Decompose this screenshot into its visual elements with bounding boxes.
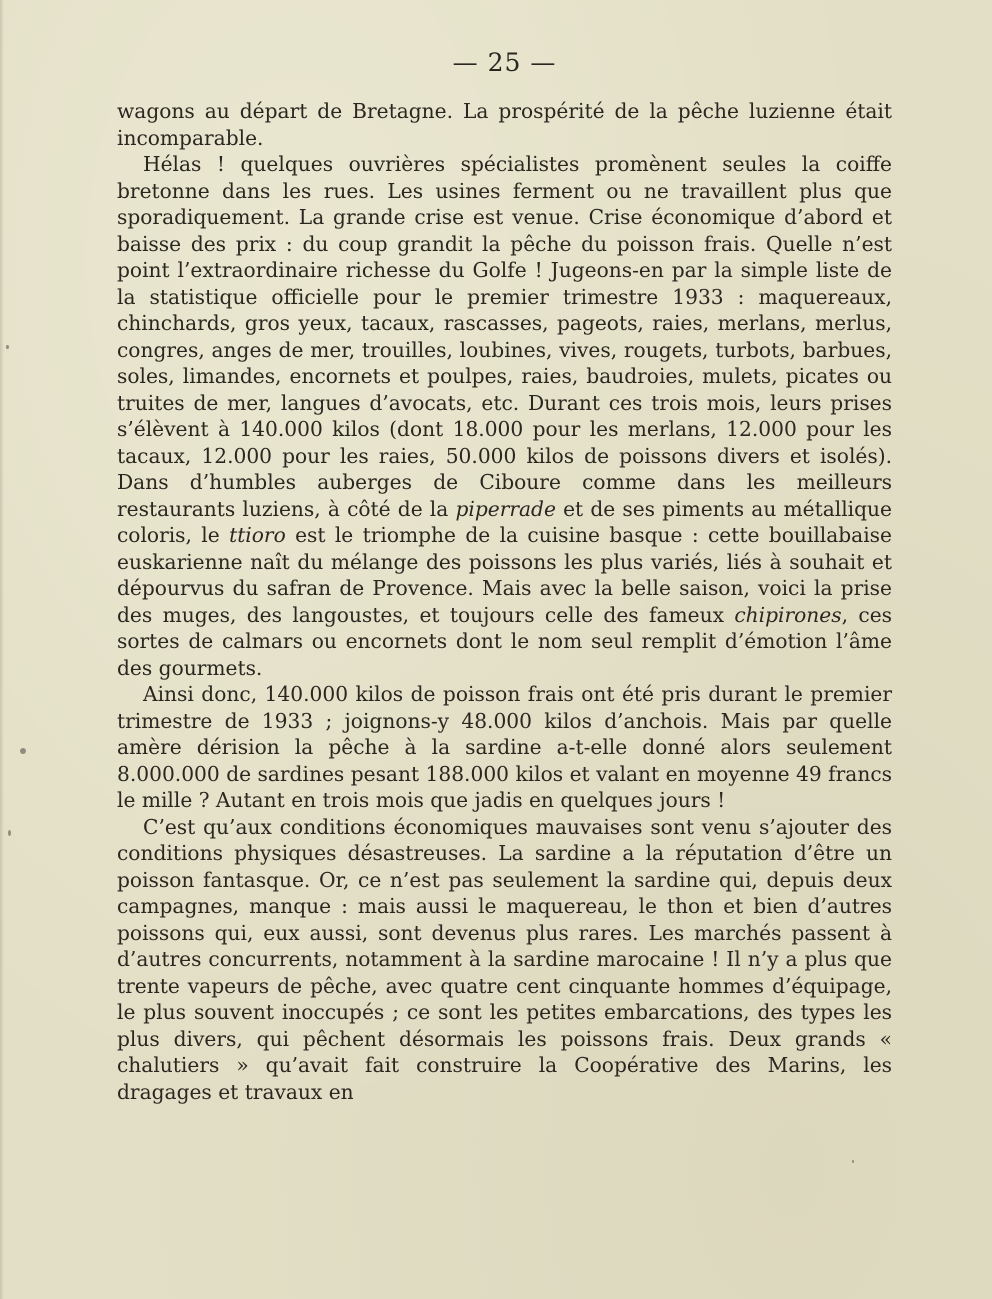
- italic-term: piperrade: [455, 497, 555, 521]
- text-run: Hélas ! quelques ouvrières spécialistes …: [117, 152, 892, 521]
- margin-speck: [8, 830, 11, 836]
- body-text: wagons au départ de Bretagne. La prospér…: [117, 98, 892, 1105]
- italic-term: chipirones: [734, 603, 841, 627]
- text-run: C’est qu’aux conditions économiques mauv…: [117, 815, 892, 1104]
- margin-speck: [6, 345, 9, 349]
- margin-speck: [20, 748, 26, 754]
- italic-term: ttioro: [229, 523, 286, 547]
- paragraph-2: Hélas ! quelques ouvrières spécialistes …: [117, 151, 892, 681]
- paragraph-4: C’est qu’aux conditions économiques mauv…: [117, 814, 892, 1106]
- text-run: wagons au départ de Bretagne. La prospér…: [117, 99, 892, 150]
- paragraph-1: wagons au départ de Bretagne. La prospér…: [117, 98, 892, 151]
- book-page: — 25 — wagons au départ de Bretagne. La …: [117, 48, 892, 1105]
- margin-speck: [852, 1160, 854, 1163]
- text-run: Ainsi donc, 140.000 kilos de poisson fra…: [117, 682, 892, 812]
- paragraph-3: Ainsi donc, 140.000 kilos de poisson fra…: [117, 681, 892, 814]
- page-number: — 25 —: [117, 48, 892, 78]
- page-edge-shadow: [0, 0, 4, 1299]
